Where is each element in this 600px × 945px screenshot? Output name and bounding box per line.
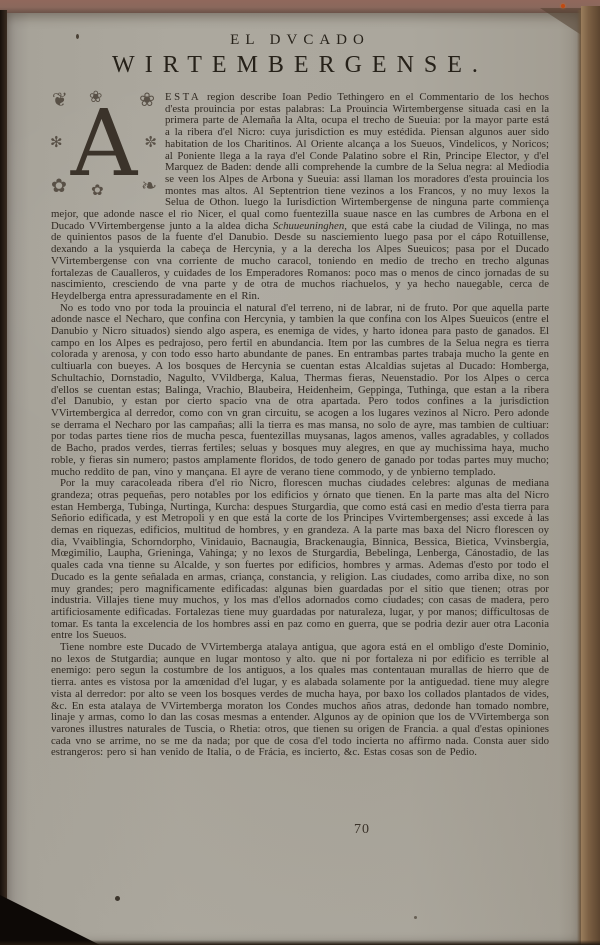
book-photo: EL DVCADO WIRTEMBERGENSE. ❦ ❀ ✿ ❧ ✻ ✼ ❀ … — [0, 0, 600, 945]
photo-left-edge — [0, 10, 7, 945]
paragraph-1-text-cont: , que está cabe la ciudad de Vilinga, no… — [51, 220, 549, 302]
paper-speck — [414, 916, 417, 919]
paragraph-3: Por la muy caracoleada ribera d'el rio N… — [51, 478, 549, 642]
paper-speck — [76, 34, 79, 39]
title-line-2: WIRTEMBERGENSE. — [51, 52, 549, 79]
ornamental-drop-cap: ❦ ❀ ✿ ❧ ✻ ✼ ❀ ✿ A — [51, 93, 157, 196]
page-number: 70 — [332, 822, 392, 838]
red-speck — [561, 4, 565, 8]
photo-top-edge — [0, 0, 600, 13]
book-fore-edge — [581, 6, 600, 945]
page-content: EL DVCADO WIRTEMBERGENSE. ❦ ❀ ✿ ❧ ✻ ✼ ❀ … — [51, 18, 549, 759]
paragraph-4: Tiene nombre este Ducado de VVirtemberga… — [51, 642, 549, 759]
photo-bottom-edge — [0, 940, 600, 945]
place-name-italic: Schuueuninghen — [273, 220, 344, 232]
text-block: ❦ ❀ ✿ ❧ ✻ ✼ ❀ ✿ A ESTA region describe I… — [51, 92, 549, 759]
paper-speck — [115, 896, 120, 901]
paragraph-1-lead: ESTA — [165, 91, 201, 103]
drop-cap-letter: A — [51, 93, 157, 196]
page-title: EL DVCADO WIRTEMBERGENSE. — [51, 32, 549, 79]
paragraph-1: ❦ ❀ ✿ ❧ ✻ ✼ ❀ ✿ A ESTA region describe I… — [51, 92, 549, 303]
paragraph-2: No es todo vno por toda la prouincia el … — [51, 303, 549, 479]
title-line-1: EL DVCADO — [51, 32, 549, 49]
